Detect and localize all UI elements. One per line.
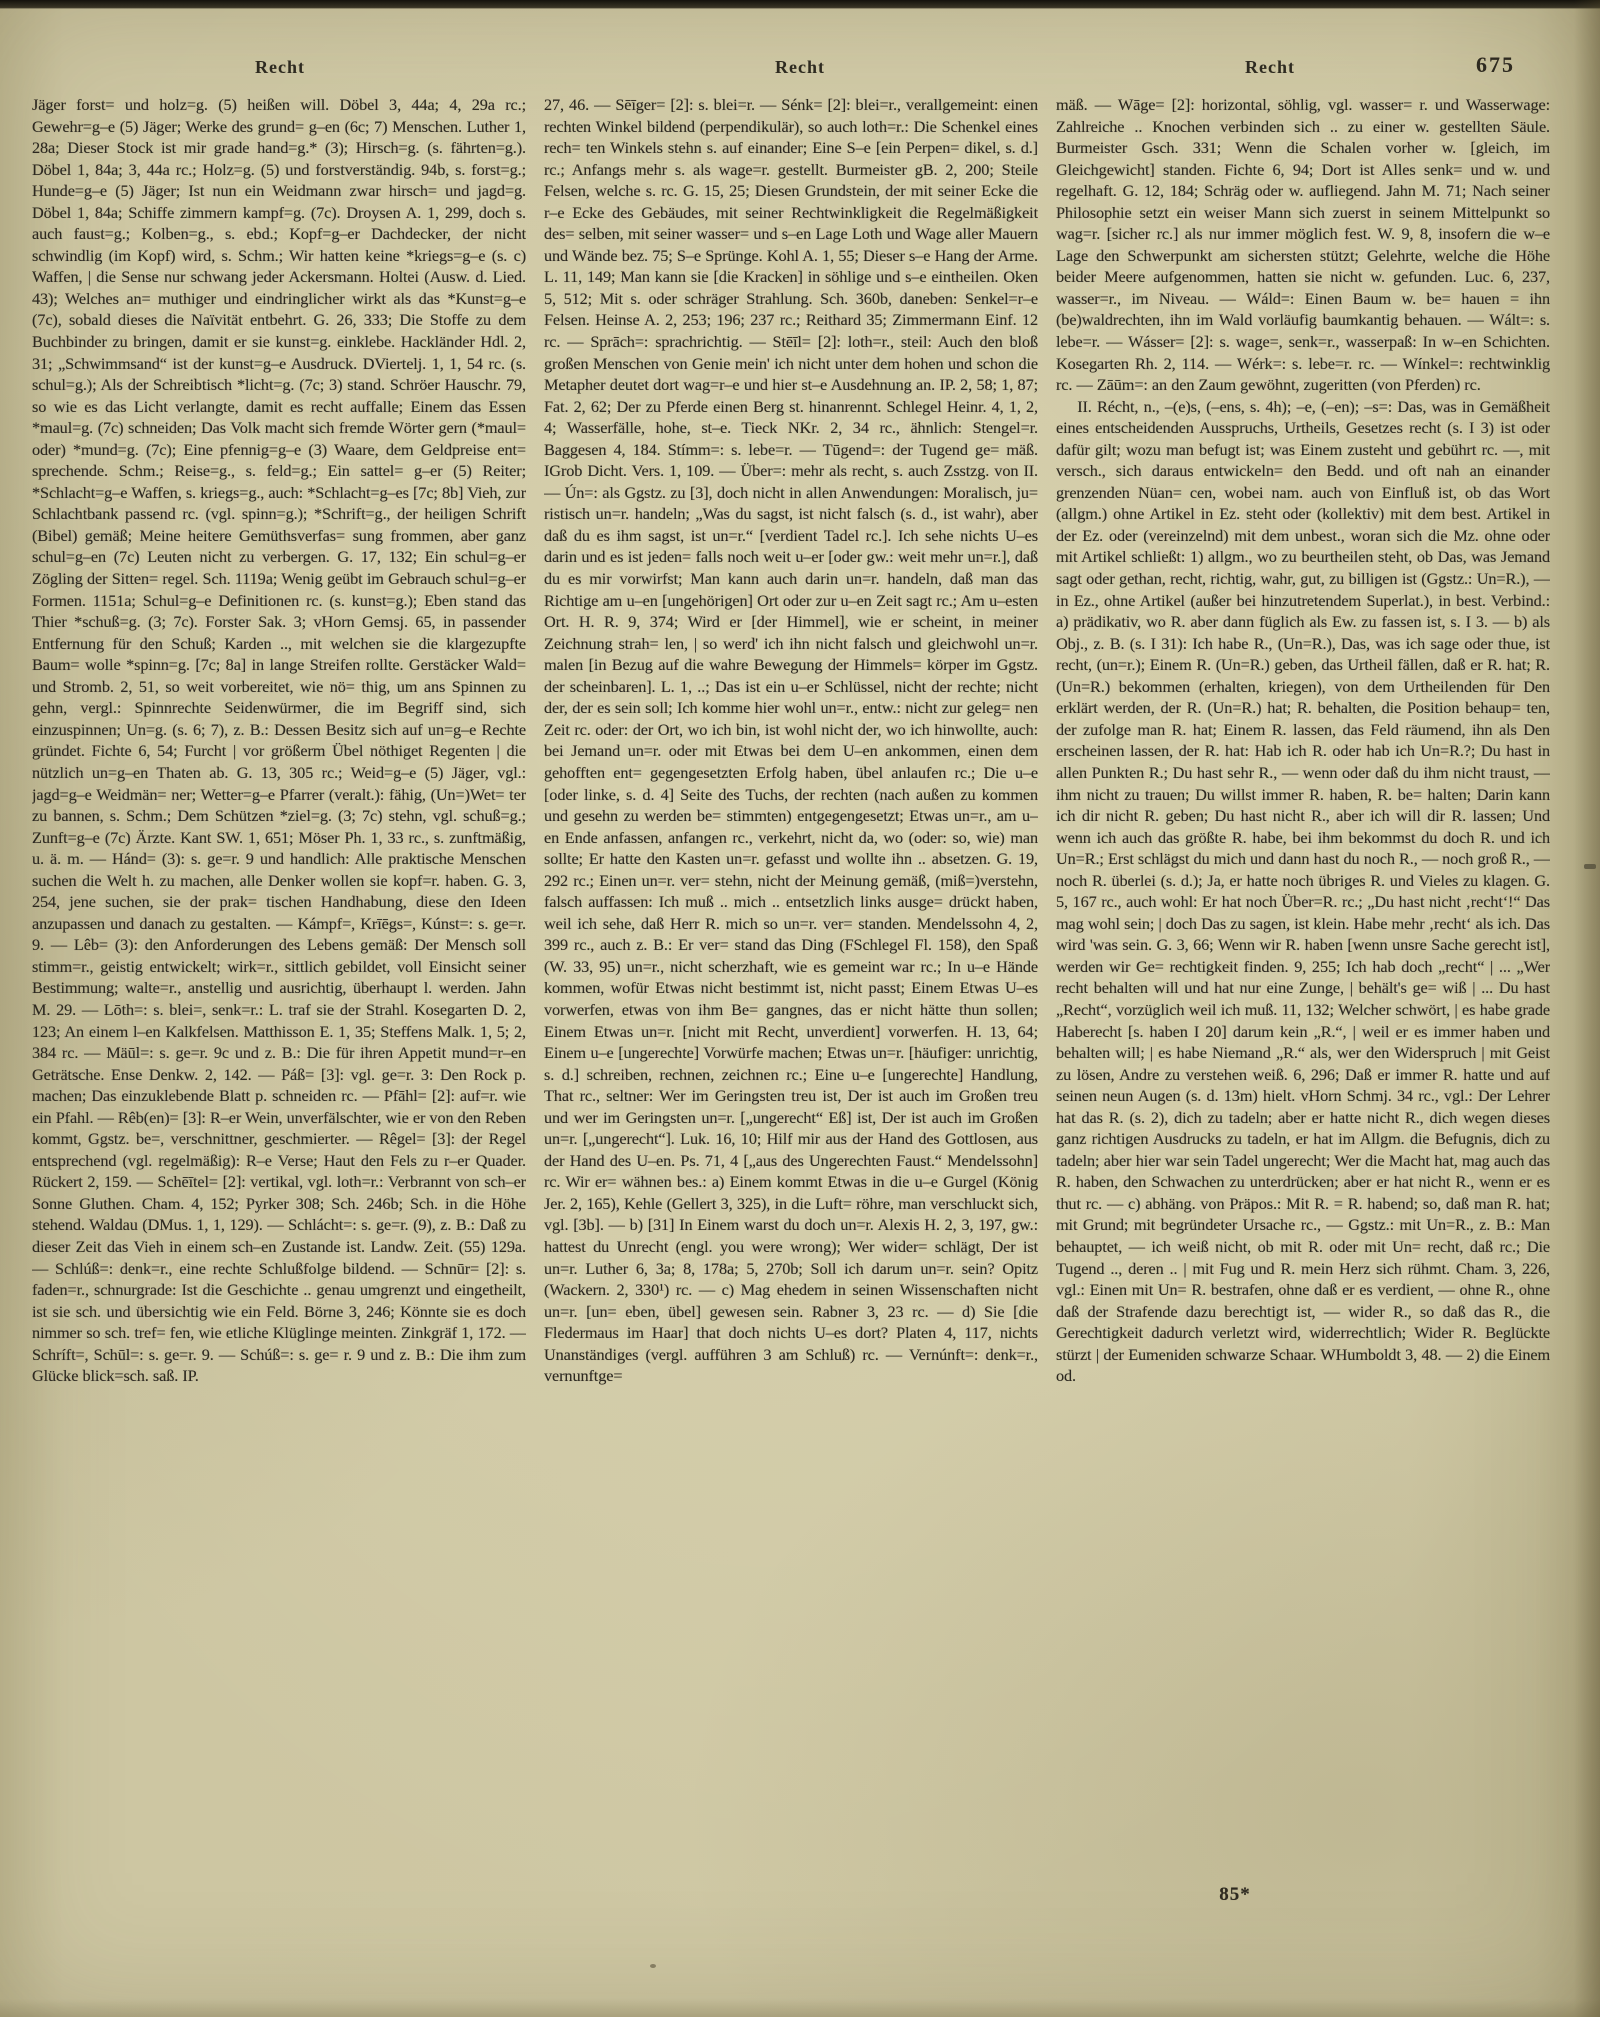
page-bottom-edge-shadow [0,1999,1600,2017]
running-head-col3: Recht [1160,57,1380,83]
text-area: Jäger forst= und holz=g. (5) heißen will… [32,94,1550,1810]
ink-mark [1584,864,1596,869]
column3-recht-II-entry: II. Récht, n., –(e)s, (–ens, s. 4h); –e,… [1056,396,1550,1387]
text-column-1: Jäger forst= und holz=g. (5) heißen will… [32,94,526,1806]
scan-top-edge [0,0,1600,9]
signature-mark: 85* [1155,1884,1315,1906]
page-number: 675 [1420,52,1515,78]
paper-speck [650,1964,656,1968]
text-column-2: 27, 46. — Sēīger= [2]: s. blei=r. — Sénk… [544,94,1038,1806]
running-head-col2: Recht [690,57,910,83]
column2-text: 27, 46. — Sēīger= [2]: s. blei=r. — Sénk… [544,94,1038,1387]
text-column-3: mäß. — Wāge= [2]: horizontal, söhlig, vg… [1056,94,1550,1806]
running-head-col1: Recht [170,57,390,83]
column1-text: Jäger forst= und holz=g. (5) heißen will… [32,94,526,1387]
page-right-edge-shadow [1574,0,1600,2017]
column3-compounds-text: mäß. — Wāge= [2]: horizontal, söhlig, vg… [1056,94,1550,396]
scanned-dictionary-page: Recht Recht Recht 675 Jäger forst= und h… [0,0,1600,2017]
